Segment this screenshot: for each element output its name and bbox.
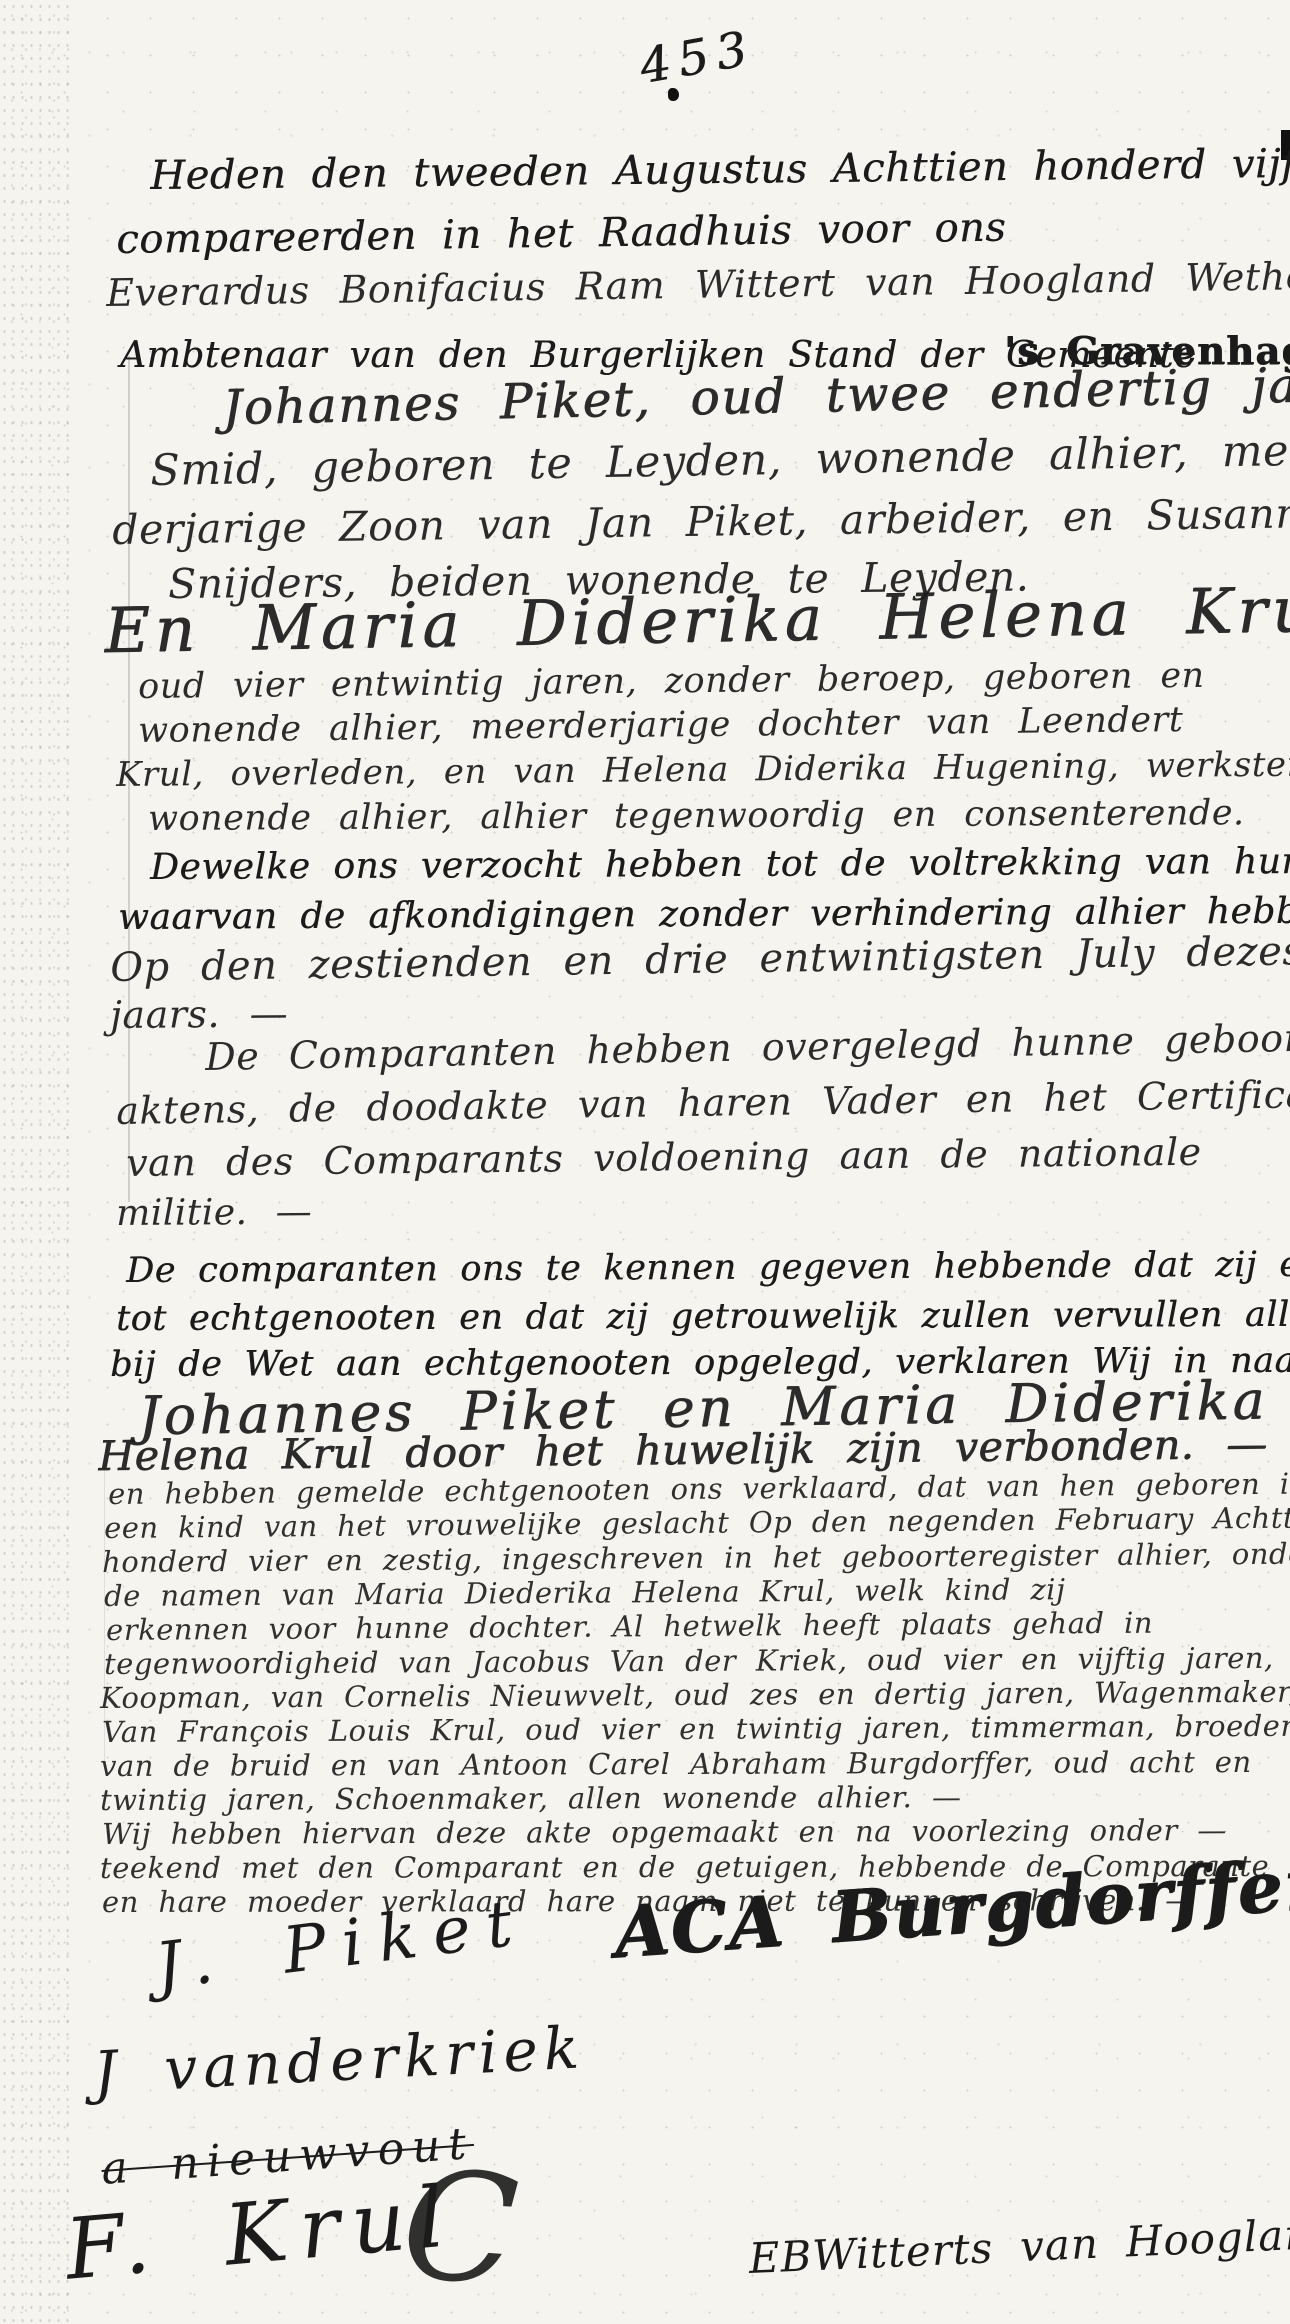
line-opening-date: Heden den tweeden Augustus Achttien hond… xyxy=(150,142,1290,196)
line-request-1: Dewelke ons verzocht hebben tot de voltr… xyxy=(150,841,1290,886)
signature-van-der-kriek: J vanderkriek xyxy=(92,2018,586,2102)
line-groom-2: Smid, geboren te Leyden, wonende alhier,… xyxy=(150,428,1290,493)
ink-fleck xyxy=(668,88,679,101)
line-groom-3: derjarige Zoon van Jan Piket, arbeider, … xyxy=(112,493,1290,551)
line-child-4: de namen van Maria Diederika Helena Krul… xyxy=(104,1575,1066,1611)
line-registrar-name: Everardus Bonifacius Ram Wittert van Hoo… xyxy=(106,256,1290,312)
line-bride-name: En Maria Diderika Helena Krul, xyxy=(104,578,1290,662)
line-bride-4: wonende alhier, alhier tegenwoordig en c… xyxy=(148,796,1245,837)
line-vows-2: tot echtgenooten en dat zij getrouwelijk… xyxy=(116,1297,1290,1337)
page-number: 453 xyxy=(636,24,758,91)
line-documents-4: militie. — xyxy=(116,1195,312,1232)
scan-edge-grain xyxy=(0,0,70,2324)
line-bride-2: wonende alhier, meerderjarige dochter va… xyxy=(138,703,1184,749)
line-bride-3: Krul, overleden, en van Helena Diderika … xyxy=(116,748,1290,792)
line-banns-dates: Op den zestienden en drie entwintigsten … xyxy=(110,931,1290,988)
line-witness-2: Koopman, van Cornelis Nieuwvelt, oud zes… xyxy=(100,1678,1290,1713)
scanned-document-page: { "ink": "#1b1b1b", "paper": "#f5f4ef", … xyxy=(0,0,1290,2324)
line-witness-5: twintig jaren, Schoenmaker, allen wonend… xyxy=(100,1783,961,1815)
line-documents-3: van des Comparants voldoening aan de nat… xyxy=(126,1133,1202,1182)
line-child-5: erkennen voor hunne dochter. Al hetwelk … xyxy=(106,1609,1153,1645)
line-opening-place: compareerden in het Raadhuis voor ons xyxy=(116,208,1007,260)
signature-wittert-van-hoogland: EBWitterts van Hoogland xyxy=(748,2212,1290,2280)
line-banns-end: jaars. — xyxy=(110,994,288,1034)
line-request-2: waarvan de afkondigingen zonder verhinde… xyxy=(118,892,1290,936)
line-vows-1: De comparanten ons te kennen gegeven heb… xyxy=(126,1246,1290,1289)
line-documents-1: De Comparanten hebben overgelegd hunne g… xyxy=(205,1017,1290,1076)
line-closing-1: Wij hebben hiervan deze akte opgemaakt e… xyxy=(102,1816,1227,1849)
line-bride-1: oud vier entwintig jaren, zonder beroep,… xyxy=(138,659,1205,705)
line-witness-4: van de bruid en van Antoon Carel Abraham… xyxy=(100,1748,1252,1781)
line-witness-1: tegenwoordigheid van Jacobus Van der Kri… xyxy=(104,1644,1274,1679)
line-child-3: honderd vier en zestig, ingeschreven in … xyxy=(102,1539,1290,1577)
line-witness-3: Van François Louis Krul, oud vier en twi… xyxy=(102,1712,1290,1747)
line-documents-2: aktens, de doodakte van haren Vader en h… xyxy=(116,1075,1290,1130)
signature-krul-flourish: C xyxy=(398,2150,523,2308)
